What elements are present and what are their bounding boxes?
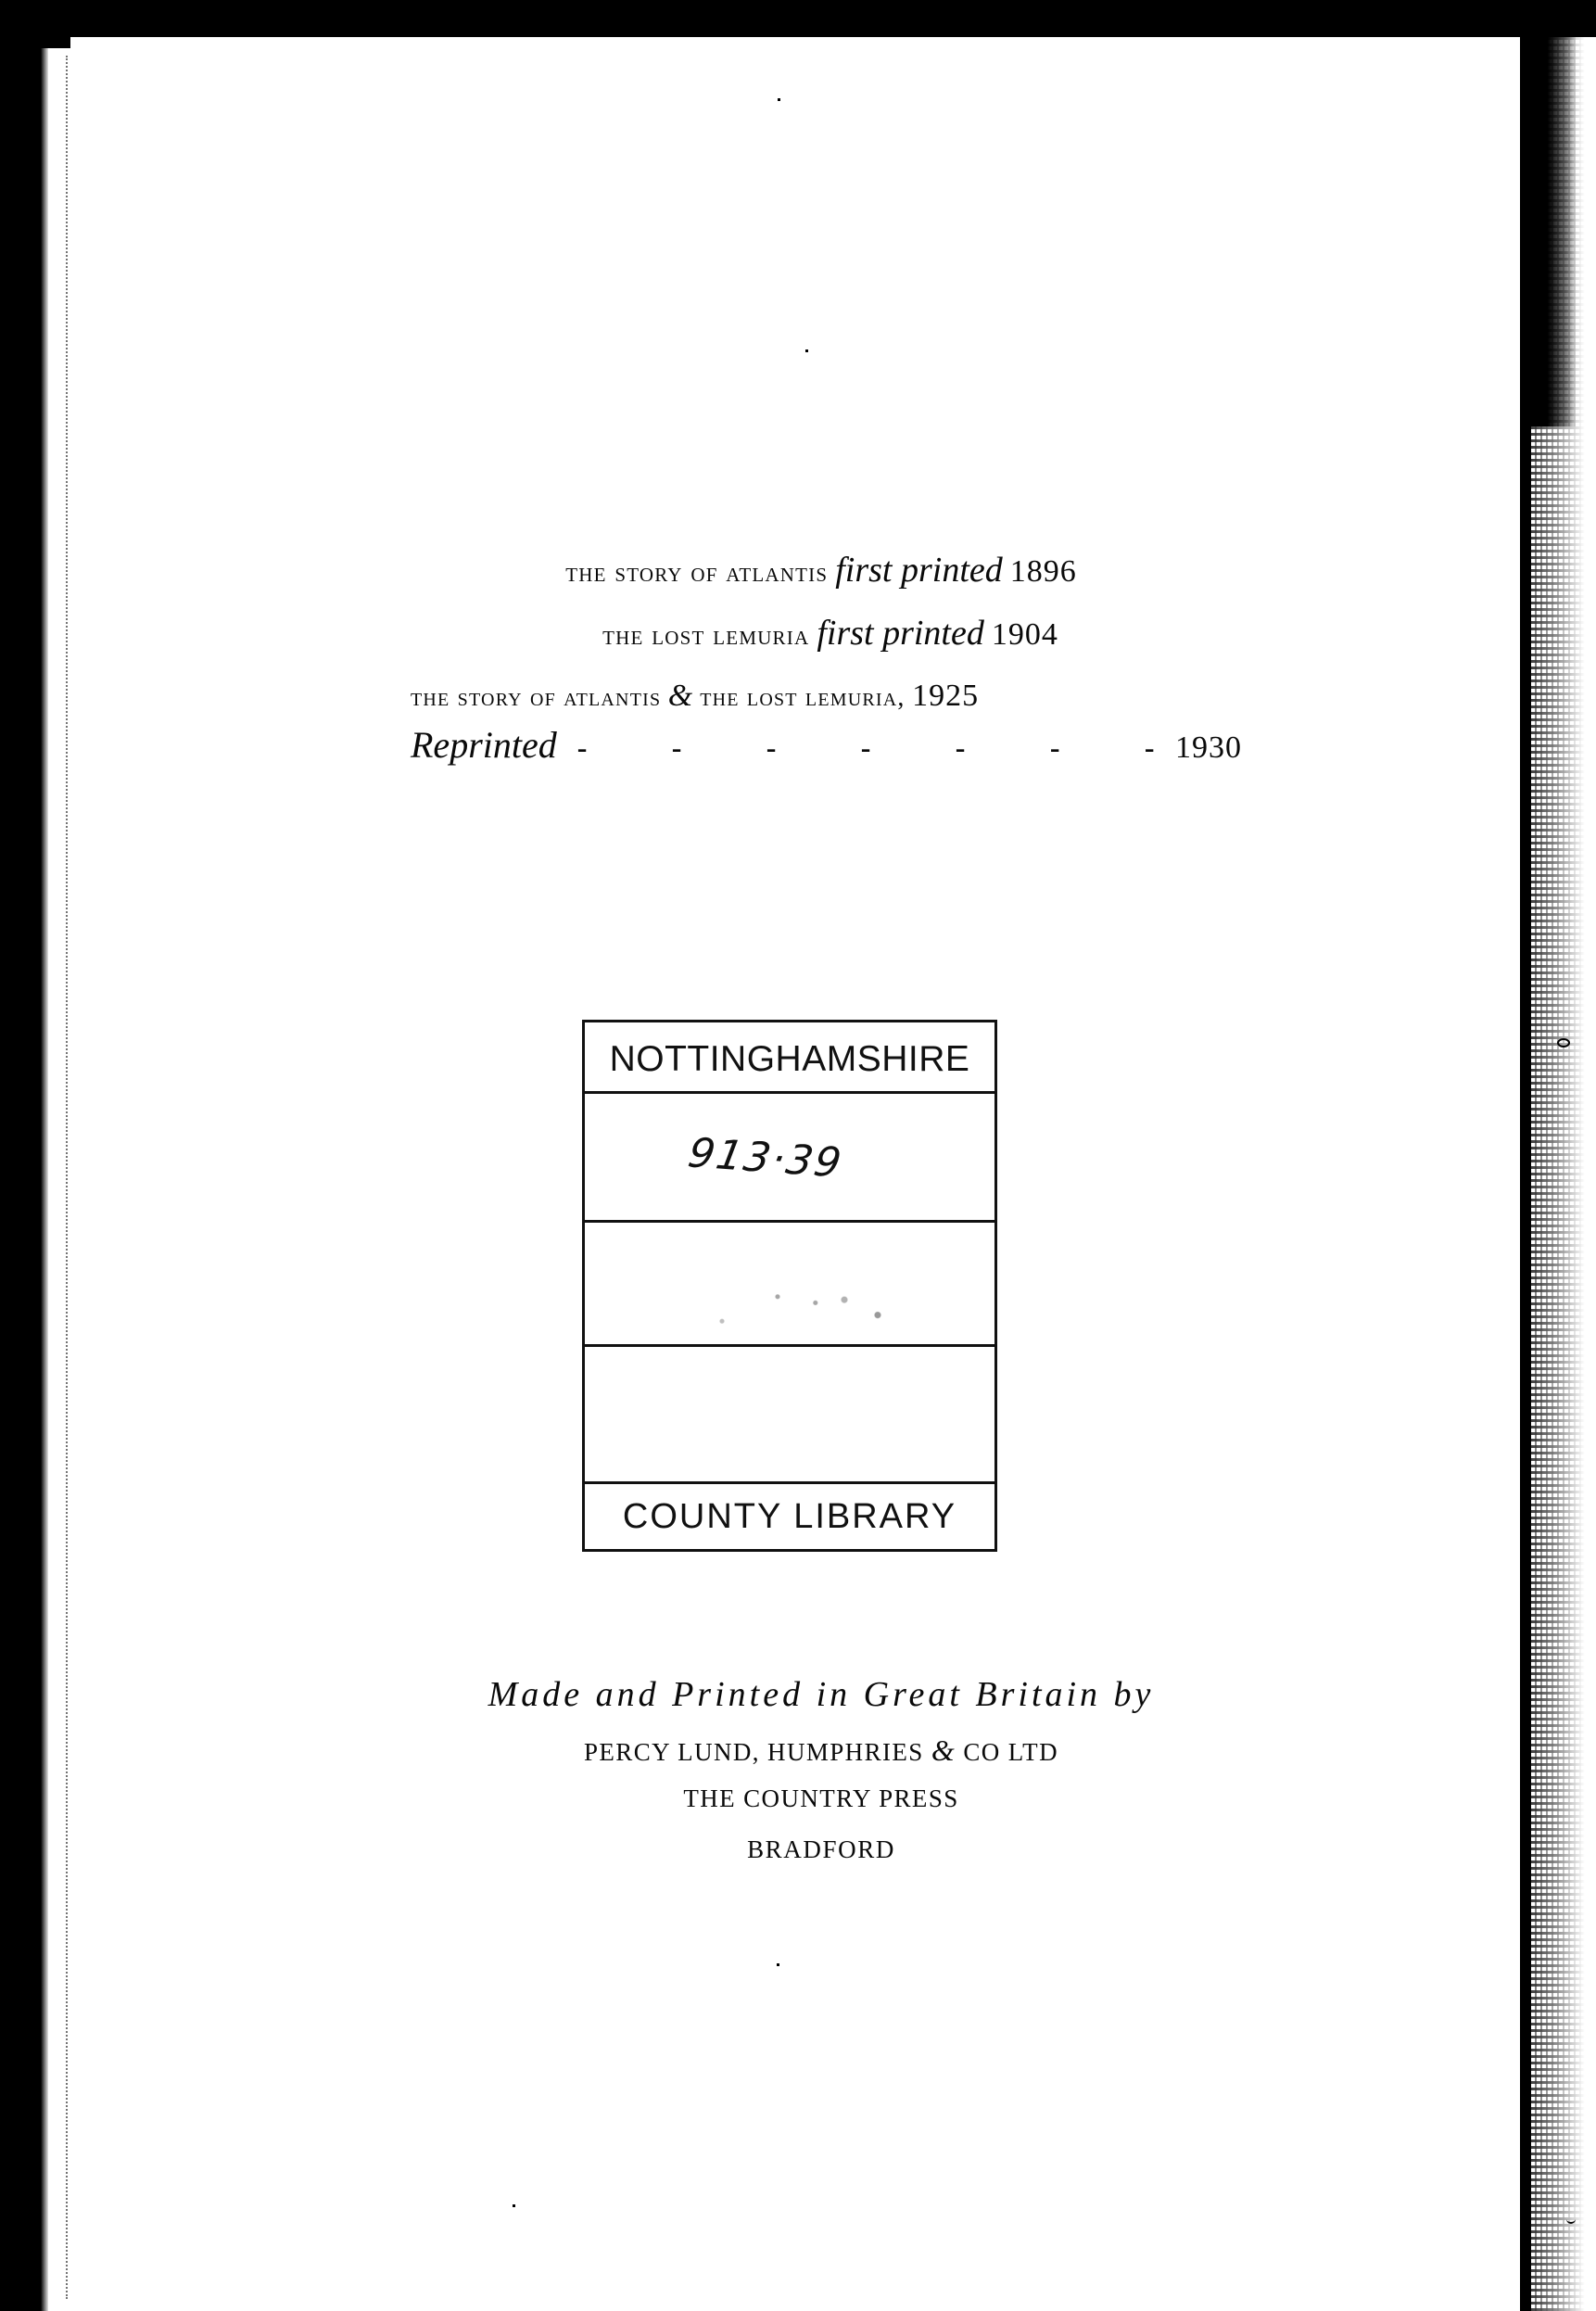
margin-scan-artifact [66,56,68,2299]
binding-shadow [1520,37,1596,2311]
made-in-line: Made and Printed in Great Britain by [0,1674,1596,1715]
ampersand: & [668,679,693,713]
faded-accession-mark [678,1278,900,1340]
stamp-header: NOTTINGHAMSHIRE [585,1039,994,1080]
year: 1930 [1175,732,1242,764]
stamp-footer: COUNTY LIBRARY [585,1497,994,1537]
first-printed-note: first printed [835,551,1003,590]
stamp-blank-row [585,1347,994,1484]
printer-name: PERCY LUND, HUMPHRIES & CO LTD [0,1733,1596,1768]
scan-corner-shadow [37,37,70,48]
stamp-accession-row [585,1223,994,1347]
library-stamp: NOTTINGHAMSHIRE 913·39 COUNTY LIBRARY [582,1020,997,1552]
stamp-footer-row: COUNTY LIBRARY [585,1484,994,1552]
first-printed-note: first printed [817,614,984,653]
year: 1925 [912,679,979,713]
ampersand: & [931,1733,956,1767]
press-name: THE COUNTRY PRESS [0,1784,1596,1813]
press-city: BRADFORD [0,1835,1596,1864]
book-title: THE STORY OF ATLANTIS [411,683,661,712]
book-title: THE LOST LEMURIA [602,620,809,651]
book-title: THE STORY OF ATLANTIS [565,557,828,588]
scan-speck [513,2204,515,2207]
scan-speck [1557,1038,1570,1048]
scan-speck [777,1963,779,1966]
reprinted-label: Reprinted [411,727,557,764]
scan-top-border [0,0,1596,37]
stamp-class-row: 913·39 [585,1094,994,1223]
book-title: THE LOST LEMURIA, [700,683,905,712]
printing-history-line-4: Reprinted - - - - - - - 1930 [411,727,1242,764]
dot-leader: - - - - - - - [577,732,1155,762]
printing-history-line-2: THE LOST LEMURIA first printed 1904 [0,616,1596,651]
year: 1896 [1010,554,1077,589]
year: 1904 [992,617,1058,652]
stamp-header-row: NOTTINGHAMSHIRE [585,1022,994,1094]
printing-history-line-3: THE STORY OF ATLANTIS & THE LOST LEMURIA… [411,680,979,712]
printing-history-line-1: THE STORY OF ATLANTIS first printed 1896 [0,552,1596,588]
scan-speck [805,349,808,352]
class-number-handwritten: 913·39 [685,1129,846,1187]
scan-speck [778,98,780,101]
